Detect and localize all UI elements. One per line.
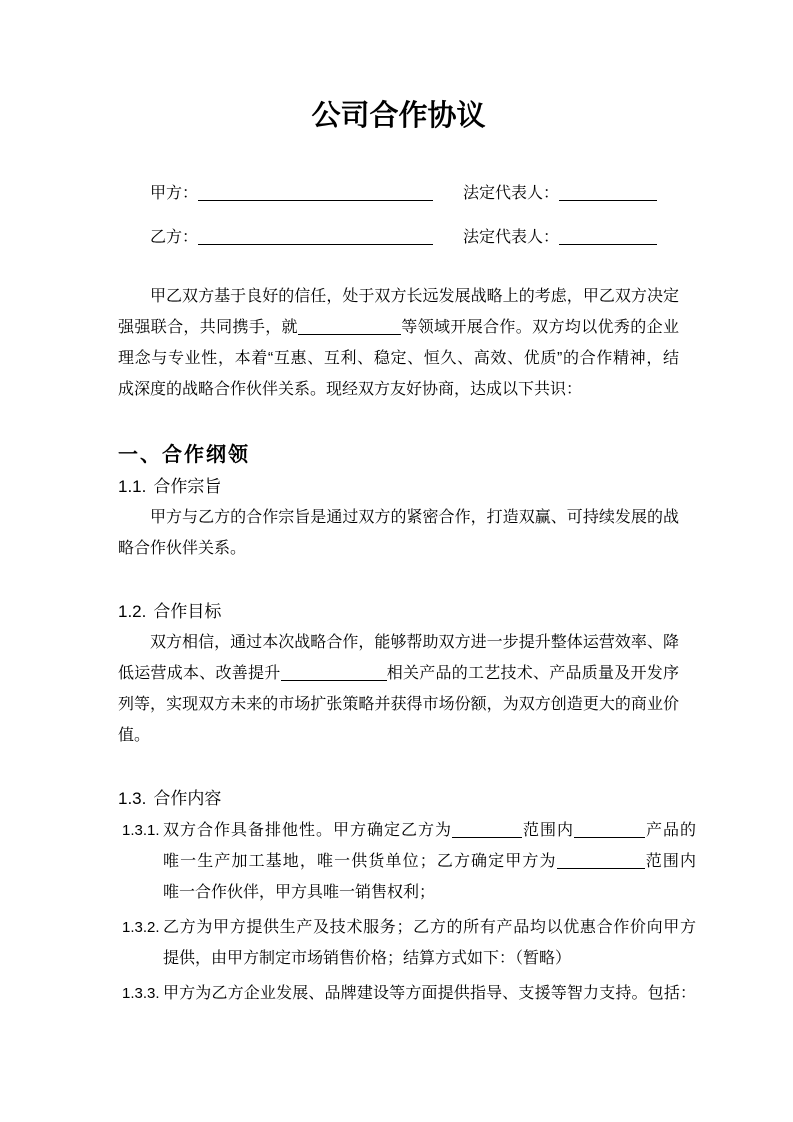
blank-line — [298, 320, 401, 335]
legal-representative-label: 法定代表人： — [463, 229, 559, 246]
paragraph-line: 甲方为乙方企业发展、品牌建设等方面提供指导、支援等智力支持。包括： — [163, 978, 696, 1009]
subsection-heading: 1.1.合作宗旨 — [118, 475, 679, 498]
text-run: 唯一生产加工基地，唯一供货单位；乙方确定甲方为 — [163, 853, 557, 870]
blank-line — [574, 823, 645, 838]
list-item-number: 1.3.3. — [118, 978, 163, 1009]
section-heading: 一、合作纲领 — [118, 442, 679, 468]
text-run: 范围内 — [522, 822, 574, 839]
text-run: 强强联合，共同携手，就 — [118, 319, 298, 336]
text-run: 甲方为乙方企业发展、品牌建设等方面提供指导、支援等智力支持。包括： — [163, 985, 696, 1002]
text-run: 提供，由甲方制定市场销售价格；结算方式如下：（暂略） — [163, 950, 571, 967]
party-label: 乙方： — [150, 229, 198, 246]
text-run: 列等，实现双方未来的市场扩张策略并获得市场份额，为双方创造更大的商业价 — [118, 696, 679, 713]
document-title: 公司合作协议 — [118, 99, 679, 133]
text-run: 低运营成本、改善提升 — [118, 665, 281, 682]
legal-representative-blank — [559, 186, 657, 201]
party-row: 乙方：法定代表人： — [150, 227, 679, 249]
subsection-title: 合作内容 — [153, 789, 221, 808]
list-item-lines: 甲方为乙方企业发展、品牌建设等方面提供指导、支援等智力支持。包括： — [163, 978, 696, 1009]
subsection-number: 1.1. — [118, 477, 146, 496]
paragraph-line: 乙方为甲方提供生产及技术服务；乙方的所有产品均以优惠合作价向甲方 — [163, 912, 696, 943]
subsection-number: 1.2. — [118, 602, 146, 621]
text-run: 等领域开展合作。双方均以优秀的企业 — [401, 319, 679, 336]
party-row: 甲方：法定代表人： — [150, 183, 679, 205]
text-run: 甲方与乙方的合作宗旨是通过双方的紧密合作，打造双赢、可持续发展的战 — [150, 509, 679, 526]
paragraph-line: 唯一生产加工基地，唯一供货单位；乙方确定甲方为范围内 — [163, 846, 696, 877]
blank-line — [557, 854, 645, 869]
list-item-number: 1.3.1. — [118, 815, 163, 908]
list-item: 1.3.1.双方合作具备排他性。甲方确定乙方为范围内产品的唯一生产加工基地，唯一… — [118, 815, 679, 908]
blank-line — [452, 823, 522, 838]
paragraph-line: 理念与专业性，本着“互惠、互利、稳定、恒久、高效、优质”的合作精神，结 — [118, 343, 679, 374]
text-run: 乙方为甲方提供生产及技术服务；乙方的所有产品均以优惠合作价向甲方 — [163, 919, 696, 936]
text-run: 值。 — [118, 727, 150, 744]
intro-paragraph: 甲乙双方基于良好的信任，处于双方长远发展战略上的考虑，甲乙双方决定强强联合，共同… — [118, 281, 679, 405]
paragraph-line: 低运营成本、改善提升相关产品的工艺技术、产品质量及开发序 — [118, 658, 679, 689]
paragraph-line: 双方相信，通过本次战略合作，能够帮助双方进一步提升整体运营效率、降 — [118, 627, 679, 658]
paragraph-line: 列等，实现双方未来的市场扩张策略并获得市场份额，为双方创造更大的商业价 — [118, 689, 679, 720]
legal-representative-label: 法定代表人： — [463, 185, 559, 202]
subsection-paragraph: 甲方与乙方的合作宗旨是通过双方的紧密合作，打造双赢、可持续发展的战略合作伙伴关系… — [118, 502, 679, 564]
text-run: 略合作伙伴关系。 — [118, 540, 246, 557]
party-name-blank — [198, 230, 433, 245]
paragraph-line: 甲乙双方基于良好的信任，处于双方长远发展战略上的考虑，甲乙双方决定 — [118, 281, 679, 312]
text-run: 理念与专业性，本着“互惠、互利、稳定、恒久、高效、优质”的合作精神，结 — [118, 350, 679, 367]
text-run: 范围内 — [645, 853, 696, 870]
text-run: 成深度的战略合作伙伴关系。现经双方友好协商，达成以下共识： — [118, 381, 582, 398]
text-run: 双方合作具备排他性。甲方确定乙方为 — [163, 822, 452, 839]
subsection-heading: 1.3.合作内容 — [118, 787, 679, 810]
paragraph-line: 值。 — [118, 720, 679, 751]
text-run: 甲乙双方基于良好的信任，处于双方长远发展战略上的考虑，甲乙双方决定 — [150, 288, 679, 305]
list-item-lines: 乙方为甲方提供生产及技术服务；乙方的所有产品均以优惠合作价向甲方提供，由甲方制定… — [163, 912, 696, 974]
subsection-title: 合作目标 — [153, 602, 221, 621]
document-page: 公司合作协议 甲方：法定代表人：乙方：法定代表人： 甲乙双方基于良好的信任，处于… — [0, 0, 793, 1122]
subsection-number: 1.3. — [118, 789, 146, 808]
paragraph-line: 提供，由甲方制定市场销售价格；结算方式如下：（暂略） — [163, 943, 696, 974]
text-run: 唯一合作伙伴，甲方具唯一销售权利； — [163, 884, 435, 901]
party-name-blank — [198, 186, 433, 201]
subsection-title: 合作宗旨 — [153, 477, 221, 496]
paragraph-line: 成深度的战略合作伙伴关系。现经双方友好协商，达成以下共识： — [118, 374, 679, 405]
subsection-paragraph: 双方相信，通过本次战略合作，能够帮助双方进一步提升整体运营效率、降低运营成本、改… — [118, 627, 679, 751]
party-label: 甲方： — [150, 185, 198, 202]
text-run: 产品的 — [645, 822, 696, 839]
paragraph-line: 唯一合作伙伴，甲方具唯一销售权利； — [163, 877, 696, 908]
list-item-number: 1.3.2. — [118, 912, 163, 974]
text-run: 双方相信，通过本次战略合作，能够帮助双方进一步提升整体运营效率、降 — [150, 634, 679, 651]
text-run: 相关产品的工艺技术、产品质量及开发序 — [387, 665, 679, 682]
paragraph-line: 强强联合，共同携手，就等领域开展合作。双方均以优秀的企业 — [118, 312, 679, 343]
list-item: 1.3.3.甲方为乙方企业发展、品牌建设等方面提供指导、支援等智力支持。包括： — [118, 978, 679, 1009]
legal-representative-blank — [559, 230, 657, 245]
subsection: 1.3.合作内容1.3.1.双方合作具备排他性。甲方确定乙方为范围内产品的唯一生… — [118, 787, 679, 1009]
paragraph-line: 双方合作具备排他性。甲方确定乙方为范围内产品的 — [163, 815, 696, 846]
clause-list: 1.3.1.双方合作具备排他性。甲方确定乙方为范围内产品的唯一生产加工基地，唯一… — [118, 815, 679, 1009]
subsection: 1.1.合作宗旨甲方与乙方的合作宗旨是通过双方的紧密合作，打造双赢、可持续发展的… — [118, 475, 679, 564]
subsections-container: 1.1.合作宗旨甲方与乙方的合作宗旨是通过双方的紧密合作，打造双赢、可持续发展的… — [118, 475, 679, 1009]
list-item: 1.3.2.乙方为甲方提供生产及技术服务；乙方的所有产品均以优惠合作价向甲方提供… — [118, 912, 679, 974]
paragraph-line: 甲方与乙方的合作宗旨是通过双方的紧密合作，打造双赢、可持续发展的战 — [118, 502, 679, 533]
subsection: 1.2.合作目标双方相信，通过本次战略合作，能够帮助双方进一步提升整体运营效率、… — [118, 600, 679, 751]
paragraph-line: 略合作伙伴关系。 — [118, 533, 679, 564]
subsection-heading: 1.2.合作目标 — [118, 600, 679, 623]
parties-block: 甲方：法定代表人：乙方：法定代表人： — [118, 183, 679, 249]
list-item-lines: 双方合作具备排他性。甲方确定乙方为范围内产品的唯一生产加工基地，唯一供货单位；乙… — [163, 815, 696, 908]
blank-line — [281, 666, 387, 681]
